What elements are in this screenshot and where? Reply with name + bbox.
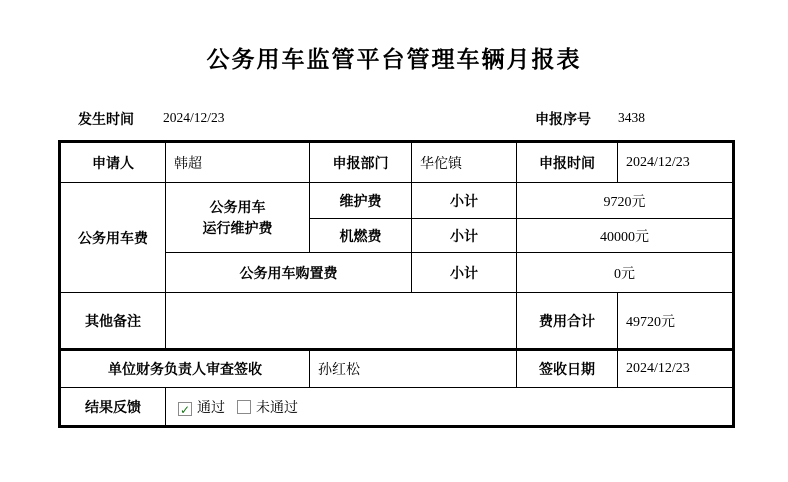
- finance-sign-value: 孙红松: [310, 350, 517, 388]
- report-page: 公务用车监管平台管理车辆月报表 发生时间 2024/12/23 申报序号 343…: [0, 0, 788, 482]
- finance-sign-label: 单位财务负责人审查签收: [60, 350, 310, 388]
- department-value: 华佗镇: [412, 142, 517, 183]
- occurrence-time-value: 2024/12/23: [163, 110, 225, 126]
- report-time-label: 申报时间: [517, 142, 618, 183]
- fail-checkbox[interactable]: [237, 400, 251, 414]
- remarks-value: [166, 293, 517, 350]
- fuel-fee-value: 40000元: [517, 219, 734, 253]
- pass-checkbox-label: 通过: [197, 397, 225, 417]
- report-table: 申请人 韩超 申报部门 华佗镇 申报时间 2024/12/23 公务用车费 公务…: [58, 140, 735, 428]
- serial-number-value: 3438: [618, 110, 645, 126]
- maintenance-fee-label: 维护费: [310, 183, 412, 219]
- vehicle-fee-group-label: 公务用车费: [60, 183, 166, 293]
- check-icon: ✓: [180, 403, 190, 417]
- sign-date-label: 签收日期: [517, 350, 618, 388]
- department-label: 申报部门: [310, 142, 412, 183]
- maintenance-subtotal-label: 小计: [412, 183, 517, 219]
- feedback-label: 结果反馈: [60, 388, 166, 427]
- purchase-subtotal-label: 小计: [412, 253, 517, 293]
- table-row: 申请人 韩超 申报部门 华佗镇 申报时间 2024/12/23: [60, 142, 734, 183]
- table-row: 公务用车费 公务用车 运行维护费 维护费 小计 9720元: [60, 183, 734, 219]
- maintenance-fee-value: 9720元: [517, 183, 734, 219]
- remarks-label: 其他备注: [60, 293, 166, 350]
- purchase-fee-label: 公务用车购置费: [166, 253, 412, 293]
- applicant-value: 韩超: [166, 142, 310, 183]
- fail-checkbox-label: 未通过: [256, 397, 298, 417]
- total-fee-label: 费用合计: [517, 293, 618, 350]
- table-row: 单位财务负责人审查签收 孙红松 签收日期 2024/12/23: [60, 350, 734, 388]
- applicant-label: 申请人: [60, 142, 166, 183]
- total-fee-value: 49720元: [618, 293, 734, 350]
- table-row: 其他备注 费用合计 49720元: [60, 293, 734, 350]
- sign-date-value: 2024/12/23: [618, 350, 734, 388]
- purchase-fee-value: 0元: [517, 253, 734, 293]
- occurrence-time-label: 发生时间: [78, 109, 134, 129]
- operation-maintenance-group-label: 公务用车 运行维护费: [166, 183, 310, 253]
- table-row: 结果反馈 ✓通过未通过: [60, 388, 734, 427]
- page-title: 公务用车监管平台管理车辆月报表: [0, 41, 788, 74]
- feedback-options: ✓通过未通过: [166, 388, 734, 427]
- pass-checkbox[interactable]: ✓: [178, 402, 192, 416]
- serial-number-label: 申报序号: [535, 109, 591, 129]
- fuel-subtotal-label: 小计: [412, 219, 517, 253]
- meta-row: 发生时间 2024/12/23 申报序号 3438: [0, 109, 788, 129]
- fuel-fee-label: 机燃费: [310, 219, 412, 253]
- report-time-value: 2024/12/23: [618, 142, 734, 183]
